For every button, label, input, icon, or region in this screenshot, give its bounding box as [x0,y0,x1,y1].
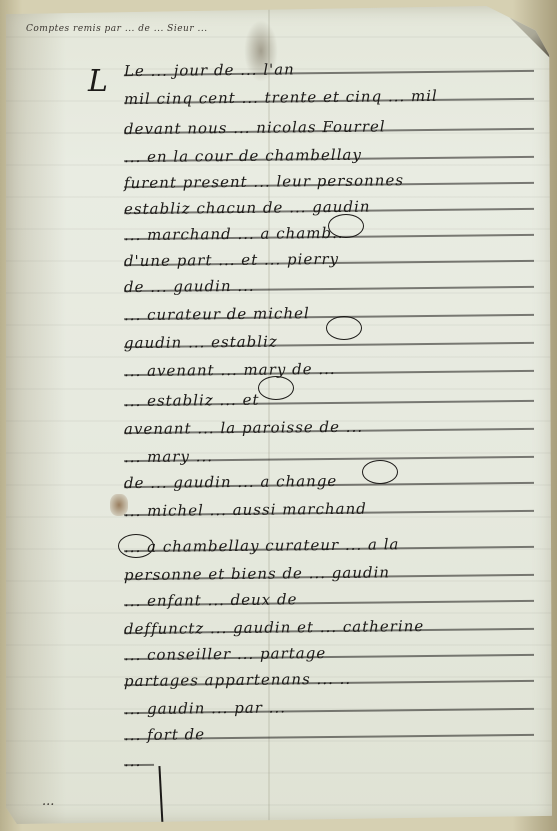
manuscript-line: ... avenant ... mary de ... [124,358,534,384]
initial-letter: L [88,64,108,99]
header-note: Comptes remis par ... de ... Sieur ... [26,24,208,34]
manuscript-line: ... conseiller ... partage [124,642,534,668]
manuscript-line: avenant ... la paroisse de ... [124,416,534,442]
circled-word [362,460,398,484]
manuscript-line: ... fort de [124,722,534,748]
manuscript-line: ... [124,752,154,774]
margin-note: ... [42,794,54,809]
manuscript-line: de ... gaudin ... [124,274,534,300]
manuscript-line: ... establiz ... et [124,388,534,414]
circled-word [328,214,364,238]
manuscript-line: ... en la cour de chambellay [124,144,534,170]
manuscript-line: devant nous ... nicolas Fourrel [124,116,534,142]
manuscript-line: d'une part ... et ... pierry [124,248,534,274]
manuscript-line: de ... gaudin ... a change [124,470,534,496]
manuscript-line: personne et biens de ... gaudin [124,562,534,588]
manuscript-line: deffunctz ... gaudin et ... catherine [124,616,534,642]
manuscript-line: partages appartenans ... .. [124,668,534,694]
manuscript-line: ... mary ... [124,444,534,470]
manuscript-line: Le ... jour de ... l'an [124,58,534,84]
circled-word [258,376,294,400]
manuscript-line: ... a chambellay curateur ... a la [124,534,534,560]
manuscript-line: furent present ... leur personnes [124,170,534,196]
manuscript-line: establiz chacun de ... gaudin [124,196,534,222]
manuscript-page: Comptes remis par ... de ... Sieur ... L… [6,6,552,824]
circled-word [118,534,154,558]
manuscript-line: ... enfant ... deux de [124,588,534,614]
manuscript-line: ... michel ... aussi marchand [124,498,534,524]
manuscript-line: mil cinq cent ... trente et cinq ... mil [124,86,534,112]
manuscript-line: ... gaudin ... par ... [124,696,534,722]
circled-word [326,316,362,340]
